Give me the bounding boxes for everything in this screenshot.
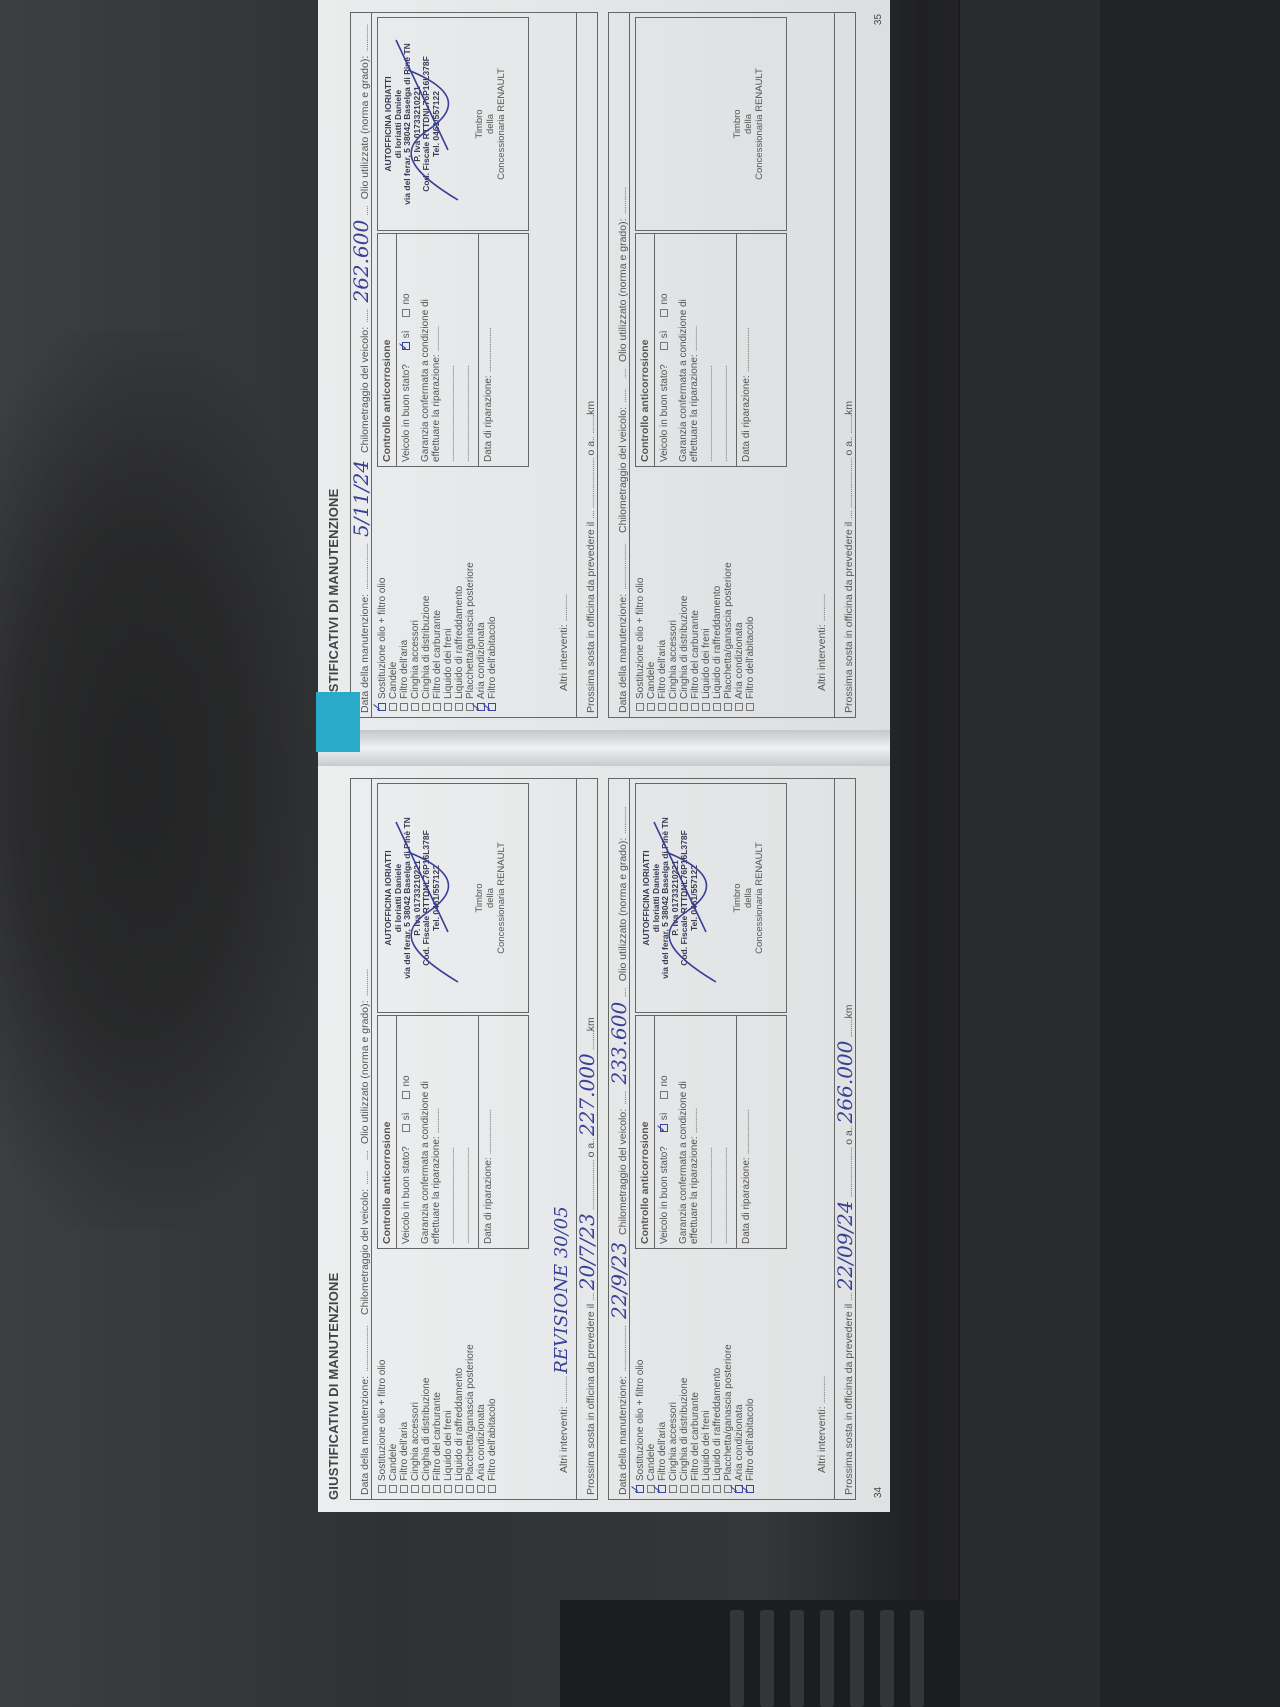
maintenance-entry: Data della manutenzione:................… [608, 778, 856, 1500]
checklist-item: Candele [646, 562, 657, 711]
maintenance-entry: Data della manutenzione:................… [350, 778, 598, 1500]
maintenance-entry: Data della manutenzione:................… [608, 12, 856, 718]
checklist-item: Filtro dell'aria [657, 1344, 668, 1493]
checkbox[interactable] [411, 703, 419, 711]
dealer-stamp-box: TimbrodellaConcessionaria RENAULTAUTOFFI… [377, 17, 529, 231]
next-service-date: 22/09/24 [834, 1200, 855, 1290]
checklist-item: Sostituzione olio + filtro olio [635, 562, 646, 711]
stamp-label: TimbrodellaConcessionaria RENAULT [732, 18, 765, 230]
checkbox[interactable] [636, 1485, 644, 1493]
checkbox[interactable] [488, 703, 496, 711]
checklist-item: Aria condizionata [476, 1344, 487, 1493]
date-label: Data della manutenzione: [359, 1376, 371, 1495]
next-service-row: Prossima sosta in officina da prevedere … [834, 13, 855, 717]
checkbox[interactable] [422, 703, 430, 711]
stamp-label: TimbrodellaConcessionaria RENAULT [474, 784, 507, 1012]
stamp-label: TimbrodellaConcessionaria RENAULT [474, 18, 507, 230]
checklist-item: Liquido dei freni [701, 562, 712, 711]
checklist-item: Filtro dell'aria [657, 562, 668, 711]
checkbox[interactable] [691, 703, 699, 711]
entry-header: Data della manutenzione:................… [351, 13, 372, 717]
checkbox[interactable] [658, 1485, 666, 1493]
next-service-km: 227.000 [576, 1053, 597, 1136]
checklist-item: Candele [646, 1344, 657, 1493]
warranty-label: Garanzia confermata a condizione di [412, 234, 431, 466]
warranty-label: Garanzia confermata a condizione di [670, 1016, 689, 1248]
mileage-label: Chilometraggio del veicolo: [359, 1189, 371, 1315]
checkbox[interactable] [702, 1485, 710, 1493]
dealer-stamp-box: TimbrodellaConcessionaria RENAULT [635, 17, 787, 231]
oil-label: Olio utilizzato (norma e grado): [617, 838, 629, 982]
checklist-item: Filtro dell'aria [399, 562, 410, 711]
checkbox[interactable] [389, 703, 397, 711]
other-interventions: Altri interventi: .............. [809, 1377, 830, 1473]
no-checkbox[interactable] [402, 309, 410, 317]
checkbox[interactable] [713, 703, 721, 711]
checklist-item: Cinghia di distribuzione [421, 562, 432, 711]
service-checklist: Sostituzione olio + filtro olioCandeleFi… [635, 562, 756, 711]
checkbox[interactable] [466, 1485, 474, 1493]
checklist-item: Aria condizionata [734, 562, 745, 711]
oil-label: Olio utilizzato (norma e grado): [359, 56, 371, 200]
checklist-item: Aria condizionata [734, 1344, 745, 1493]
date-label: Data della manutenzione: [617, 594, 629, 713]
page-35: GIUSTIFICATIVI DI MANUTENZIONE35 Data de… [318, 0, 890, 730]
checklist-item: Placchetta/ganascia posteriore [723, 1344, 734, 1493]
checkbox[interactable] [746, 1485, 754, 1493]
checklist-item: Liquido dei freni [443, 1344, 454, 1493]
other-interventions: Altri interventi: .............. [809, 595, 830, 691]
checklist-item: Cinghia di distribuzione [679, 1344, 690, 1493]
checklist-item: Liquido dei freni [701, 1344, 712, 1493]
checklist-item: Cinghia di distribuzione [421, 1344, 432, 1493]
checkbox[interactable] [400, 703, 408, 711]
dealer-stamp-box: TimbrodellaConcessionaria RENAULTAUTOFFI… [377, 783, 529, 1013]
next-service-row: Prossima sosta in officina da prevedere … [576, 13, 597, 717]
no-checkbox[interactable] [402, 1091, 410, 1099]
signature [388, 30, 468, 210]
checklist-item: Filtro dell'abitacolo [745, 562, 756, 711]
checklist-item: Liquido di raffreddamento [454, 562, 465, 711]
anticorrosion-box: Controllo anticorrosione Veicolo in buon… [377, 1015, 529, 1249]
dashboard-trim [958, 0, 1102, 1707]
anticorrosion-title: Controllo anticorrosione [378, 234, 397, 466]
checklist-item: Filtro del carburante [690, 1344, 701, 1493]
page-title: GIUSTIFICATIVI DI MANUTENZIONE [326, 1273, 341, 1500]
repair-date-label: Data di riparazione: [741, 1157, 752, 1244]
good-state-row: Veicolo in buon stato? sì no [655, 234, 670, 466]
anticorrosion-box: Controllo anticorrosione Veicolo in buon… [635, 1015, 787, 1249]
checkbox[interactable] [488, 1485, 496, 1493]
checklist-item: Cinghia accessori [668, 1344, 679, 1493]
checkbox[interactable] [680, 703, 688, 711]
anticorrosion-box: Controllo anticorrosione Veicolo in buon… [377, 233, 529, 467]
checkbox[interactable] [713, 1485, 721, 1493]
checkbox[interactable] [658, 703, 666, 711]
checkbox[interactable] [680, 1485, 688, 1493]
checklist-item: Filtro dell'abitacolo [487, 1344, 498, 1493]
no-checkbox[interactable] [660, 309, 668, 317]
checkbox[interactable] [691, 1485, 699, 1493]
mileage-value: 233.600 [609, 1002, 630, 1085]
entry-header: Data della manutenzione:................… [351, 779, 372, 1499]
checkbox[interactable] [455, 703, 463, 711]
checklist-item: Filtro del carburante [432, 562, 443, 711]
checkbox[interactable] [669, 703, 677, 711]
checkbox[interactable] [400, 1485, 408, 1493]
signature [388, 812, 468, 992]
no-checkbox[interactable] [660, 1091, 668, 1099]
warranty-label: Garanzia confermata a condizione di [412, 1016, 431, 1248]
checklist-item: Liquido di raffreddamento [712, 1344, 723, 1493]
repair-date-label: Data di riparazione: [741, 375, 752, 462]
checklist-item: Cinghia accessori [668, 562, 679, 711]
oil-label: Olio utilizzato (norma e grado): [617, 218, 629, 362]
stamp-label: TimbrodellaConcessionaria RENAULT [732, 784, 765, 1012]
repair-date-label: Data di riparazione: [483, 375, 494, 462]
checklist-item: Liquido dei freni [443, 562, 454, 711]
checklist-item: Cinghia accessori [410, 1344, 421, 1493]
service-checklist: Sostituzione olio + filtro olioCandeleFi… [377, 562, 498, 711]
warranty-label: Garanzia confermata a condizione di [670, 234, 689, 466]
yes-checkbox[interactable] [660, 342, 668, 350]
page-title: GIUSTIFICATIVI DI MANUTENZIONE [326, 489, 341, 716]
checkbox[interactable] [378, 703, 386, 711]
checklist-item: Filtro dell'aria [399, 1344, 410, 1493]
checklist-item: Placchetta/ganascia posteriore [465, 1344, 476, 1493]
checklist-item: Sostituzione olio + filtro olio [635, 1344, 646, 1493]
checklist-item: Liquido di raffreddamento [712, 562, 723, 711]
entry-header: Data della manutenzione:................… [609, 779, 630, 1499]
yes-checkbox[interactable] [402, 1124, 410, 1132]
checkbox[interactable] [444, 703, 452, 711]
next-service-row: Prossima sosta in officina da prevedere … [576, 779, 597, 1499]
date-value: 5/11/24 [351, 460, 372, 537]
other-interventions: Altri interventi: .............. [551, 595, 572, 691]
anticorrosion-title: Controllo anticorrosione [636, 1016, 655, 1248]
checkbox[interactable] [444, 1485, 452, 1493]
checklist-item: Liquido di raffreddamento [454, 1344, 465, 1493]
date-label: Data della manutenzione: [359, 594, 371, 713]
anticorrosion-title: Controllo anticorrosione [636, 234, 655, 466]
service-checklist: Sostituzione olio + filtro olioCandeleFi… [635, 1344, 756, 1493]
maintenance-booklet: GIUSTIFICATIVI DI MANUTENZIONE34 Data de… [318, 0, 890, 1512]
checkbox[interactable] [702, 703, 710, 711]
checkbox[interactable] [636, 703, 644, 711]
checkbox[interactable] [455, 1485, 463, 1493]
good-state-row: Veicolo in buon stato? sì no [397, 1016, 412, 1248]
checkbox[interactable] [411, 1485, 419, 1493]
checkbox[interactable] [669, 1485, 677, 1493]
good-state-row: Veicolo in buon stato? sì no [655, 1016, 670, 1248]
dealer-stamp-box: TimbrodellaConcessionaria RENAULTAUTOFFI… [635, 783, 787, 1013]
anticorrosion-box: Controllo anticorrosione Veicolo in buon… [635, 233, 787, 467]
mileage-label: Chilometraggio del veicolo: [617, 407, 629, 533]
repair-date-label: Data di riparazione: [483, 1157, 494, 1244]
checkbox[interactable] [724, 703, 732, 711]
checklist-item: Candele [388, 562, 399, 711]
checklist-item: Filtro dell'abitacolo [745, 1344, 756, 1493]
checklist-item: Sostituzione olio + filtro olio [377, 562, 388, 711]
mileage-value: 262.600 [351, 220, 372, 303]
next-service-row: Prossima sosta in officina da prevedere … [834, 779, 855, 1499]
signature [646, 812, 726, 992]
checkbox[interactable] [735, 703, 743, 711]
checklist-item: Sostituzione olio + filtro olio [377, 1344, 388, 1493]
page-number: 34 [873, 1487, 884, 1498]
good-state-row: Veicolo in buon stato? sì no [397, 234, 412, 466]
checkbox[interactable] [647, 703, 655, 711]
mileage-label: Chilometraggio del veicolo: [617, 1109, 629, 1235]
checklist-item: Aria condizionata [476, 562, 487, 711]
oil-label: Olio utilizzato (norma e grado): [359, 1000, 371, 1144]
checklist-item: Placchetta/ganascia posteriore [465, 562, 476, 711]
bookmark-tab [316, 692, 360, 752]
entry-header: Data della manutenzione:................… [609, 13, 630, 717]
checkbox[interactable] [389, 1485, 397, 1493]
other-interventions: Altri interventi: .............. REVISIO… [551, 1206, 572, 1473]
next-service-km: 266.000 [834, 1041, 855, 1124]
checkbox[interactable] [433, 1485, 441, 1493]
mileage-label: Chilometraggio del veicolo: [359, 327, 371, 453]
checklist-item: Filtro del carburante [690, 562, 701, 711]
booklet-gutter [318, 730, 890, 766]
checklist-item: Placchetta/ganascia posteriore [723, 562, 734, 711]
checklist-item: Cinghia di distribuzione [679, 562, 690, 711]
next-service-date: 20/7/23 [576, 1213, 597, 1290]
checkbox[interactable] [378, 1485, 386, 1493]
yes-checkbox[interactable] [660, 1124, 668, 1132]
checklist-item: Filtro dell'abitacolo [487, 562, 498, 711]
checkbox[interactable] [422, 1485, 430, 1493]
page-number: 35 [873, 14, 884, 25]
service-checklist: Sostituzione olio + filtro olioCandeleFi… [377, 1344, 498, 1493]
air-vent [560, 1600, 960, 1707]
date-label: Data della manutenzione: [617, 1376, 629, 1495]
background-shadow [0, 330, 330, 1230]
checklist-item: Cinghia accessori [410, 562, 421, 711]
checklist-item: Filtro del carburante [432, 1344, 443, 1493]
maintenance-entry: Data della manutenzione:................… [350, 12, 598, 718]
anticorrosion-title: Controllo anticorrosione [378, 1016, 397, 1248]
checkbox[interactable] [477, 1485, 485, 1493]
dashboard-panel [1100, 0, 1280, 1707]
checkbox[interactable] [746, 703, 754, 711]
yes-checkbox[interactable] [402, 342, 410, 350]
checkbox[interactable] [433, 703, 441, 711]
booklet-spread: GIUSTIFICATIVI DI MANUTENZIONE34 Data de… [318, 0, 890, 1512]
checklist-item: Candele [388, 1344, 399, 1493]
page-34: GIUSTIFICATIVI DI MANUTENZIONE34 Data de… [318, 766, 890, 1512]
date-value: 22/9/23 [609, 1242, 630, 1319]
